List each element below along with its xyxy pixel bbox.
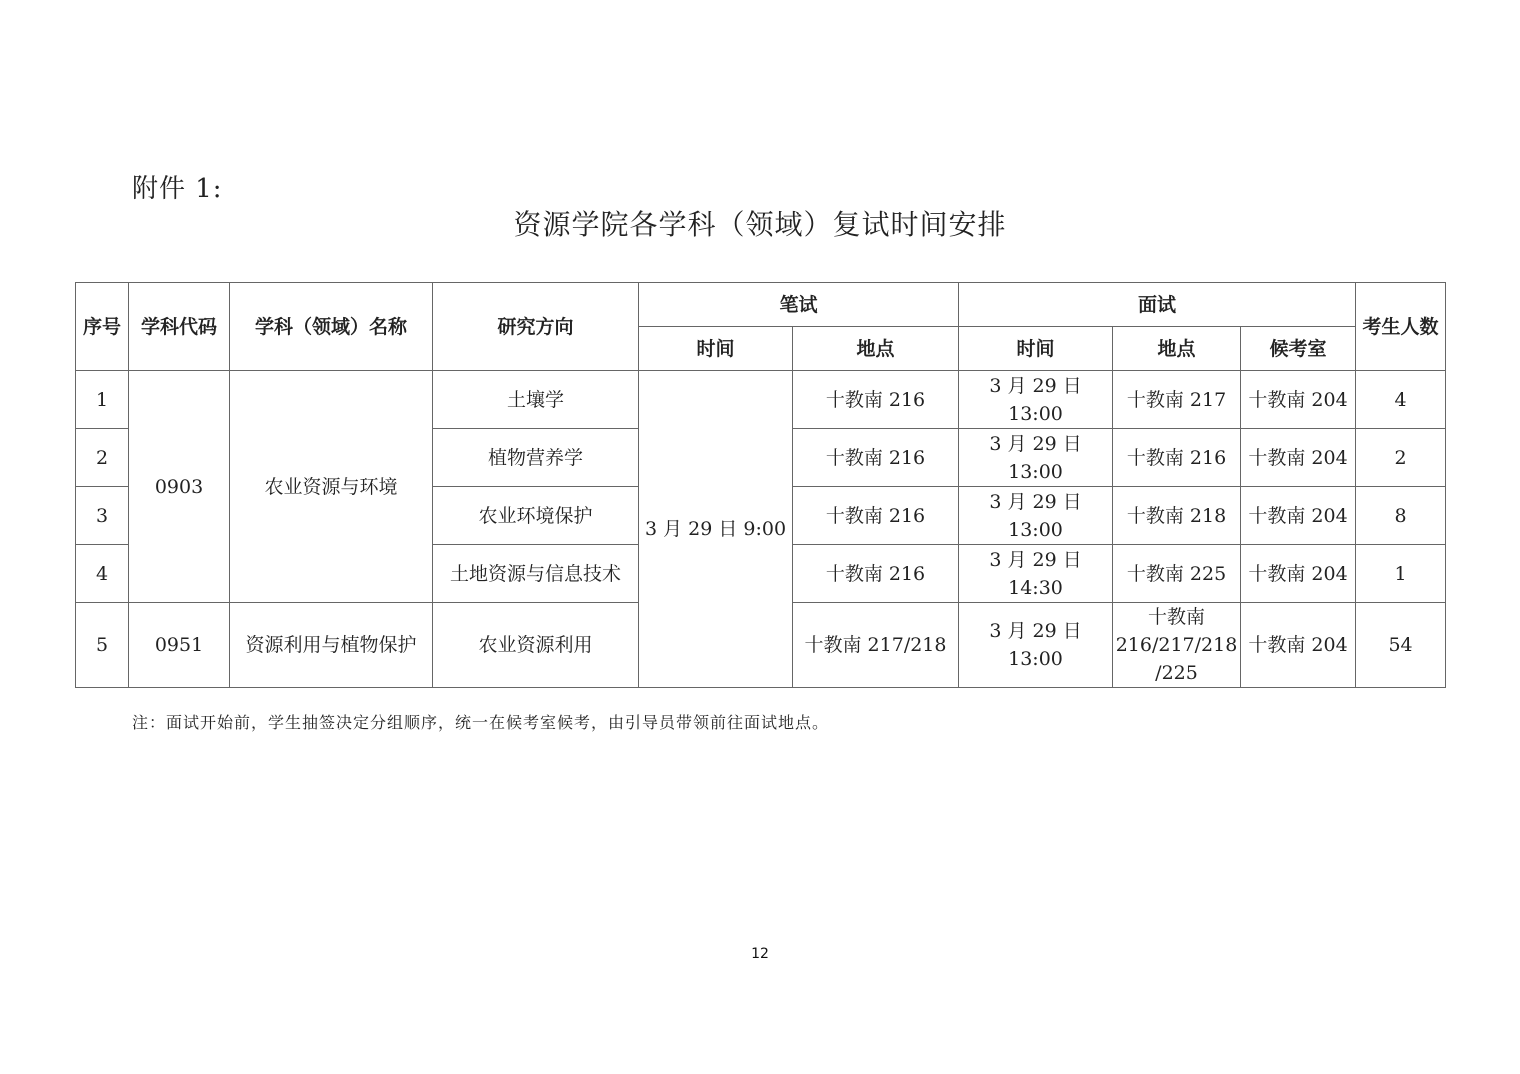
header-code: 学科代码 bbox=[129, 283, 230, 371]
cell-interview-time: 3 月 29 日13:00 bbox=[959, 371, 1113, 429]
cell-direction: 土壤学 bbox=[433, 371, 639, 429]
cell-interview-place: 十教南 217 bbox=[1113, 371, 1241, 429]
page-title: 资源学院各学科（领域）复试时间安排 bbox=[0, 203, 1520, 243]
interview-date: 3 月 29 日 bbox=[959, 372, 1112, 400]
interview-clock: 13:00 bbox=[959, 400, 1112, 428]
cell-count: 8 bbox=[1356, 487, 1446, 545]
header-direction: 研究方向 bbox=[433, 283, 639, 371]
cell-interview-place: 十教南 218 bbox=[1113, 487, 1241, 545]
footnote: 注：面试开始前，学生抽签决定分组顺序，统一在候考室候考，由引导员带领前往面试地点… bbox=[132, 710, 829, 733]
cell-seq: 1 bbox=[76, 371, 129, 429]
cell-interview-time: 3 月 29 日13:00 bbox=[959, 429, 1113, 487]
cell-direction: 农业资源利用 bbox=[433, 603, 639, 688]
cell-name: 资源利用与植物保护 bbox=[230, 603, 433, 688]
cell-count: 54 bbox=[1356, 603, 1446, 688]
cell-interview-time: 3 月 29 日14:30 bbox=[959, 545, 1113, 603]
attachment-label: 附件 1: bbox=[132, 168, 223, 205]
cell-waiting-room: 十教南 204 bbox=[1241, 603, 1356, 688]
cell-interview-time: 3 月 29 日13:00 bbox=[959, 603, 1113, 688]
interview-place-line: 十教南 bbox=[1113, 603, 1240, 631]
cell-direction: 植物营养学 bbox=[433, 429, 639, 487]
cell-written-place: 十教南 216 bbox=[793, 429, 959, 487]
cell-interview-place: 十教南 225 bbox=[1113, 545, 1241, 603]
interview-place-line: /225 bbox=[1113, 659, 1240, 687]
cell-name: 农业资源与环境 bbox=[230, 371, 433, 603]
header-written: 笔试 bbox=[639, 283, 959, 327]
cell-seq: 4 bbox=[76, 545, 129, 603]
header-written-place: 地点 bbox=[793, 327, 959, 371]
interview-place-line: 216/217/218 bbox=[1113, 631, 1240, 659]
interview-date: 3 月 29 日 bbox=[959, 488, 1112, 516]
interview-clock: 13:00 bbox=[959, 645, 1112, 673]
cell-written-place: 十教南 216 bbox=[793, 371, 959, 429]
cell-count: 4 bbox=[1356, 371, 1446, 429]
cell-waiting-room: 十教南 204 bbox=[1241, 371, 1356, 429]
cell-waiting-room: 十教南 204 bbox=[1241, 487, 1356, 545]
cell-seq: 2 bbox=[76, 429, 129, 487]
schedule-table: 序号 学科代码 学科（领域）名称 研究方向 笔试 面试 考生人数 时间 地点 时… bbox=[75, 282, 1446, 688]
cell-waiting-room: 十教南 204 bbox=[1241, 545, 1356, 603]
interview-clock: 13:00 bbox=[959, 458, 1112, 486]
header-interview-place: 地点 bbox=[1113, 327, 1241, 371]
interview-date: 3 月 29 日 bbox=[959, 617, 1112, 645]
cell-count: 1 bbox=[1356, 545, 1446, 603]
cell-interview-place: 十教南 216/217/218 /225 bbox=[1113, 603, 1241, 688]
cell-written-place: 十教南 216 bbox=[793, 545, 959, 603]
header-waiting-room: 候考室 bbox=[1241, 327, 1356, 371]
header-row-1: 序号 学科代码 学科（领域）名称 研究方向 笔试 面试 考生人数 bbox=[76, 283, 1446, 327]
interview-date: 3 月 29 日 bbox=[959, 430, 1112, 458]
header-written-time: 时间 bbox=[639, 327, 793, 371]
cell-direction: 土地资源与信息技术 bbox=[433, 545, 639, 603]
header-count: 考生人数 bbox=[1356, 283, 1446, 371]
cell-seq: 5 bbox=[76, 603, 129, 688]
cell-written-time: 3 月 29 日 9:00 bbox=[639, 371, 793, 688]
header-interview: 面试 bbox=[959, 283, 1356, 327]
cell-written-place: 十教南 217/218 bbox=[793, 603, 959, 688]
cell-interview-place: 十教南 216 bbox=[1113, 429, 1241, 487]
cell-code: 0903 bbox=[129, 371, 230, 603]
cell-code: 0951 bbox=[129, 603, 230, 688]
cell-seq: 3 bbox=[76, 487, 129, 545]
cell-count: 2 bbox=[1356, 429, 1446, 487]
header-seq: 序号 bbox=[76, 283, 129, 371]
page-number: 12 bbox=[0, 946, 1520, 962]
cell-interview-time: 3 月 29 日13:00 bbox=[959, 487, 1113, 545]
interview-clock: 14:30 bbox=[959, 574, 1112, 602]
interview-date: 3 月 29 日 bbox=[959, 546, 1112, 574]
cell-written-place: 十教南 216 bbox=[793, 487, 959, 545]
table-row: 1 0903 农业资源与环境 土壤学 3 月 29 日 9:00 十教南 216… bbox=[76, 371, 1446, 429]
header-name: 学科（领域）名称 bbox=[230, 283, 433, 371]
cell-waiting-room: 十教南 204 bbox=[1241, 429, 1356, 487]
header-interview-time: 时间 bbox=[959, 327, 1113, 371]
interview-clock: 13:00 bbox=[959, 516, 1112, 544]
cell-direction: 农业环境保护 bbox=[433, 487, 639, 545]
